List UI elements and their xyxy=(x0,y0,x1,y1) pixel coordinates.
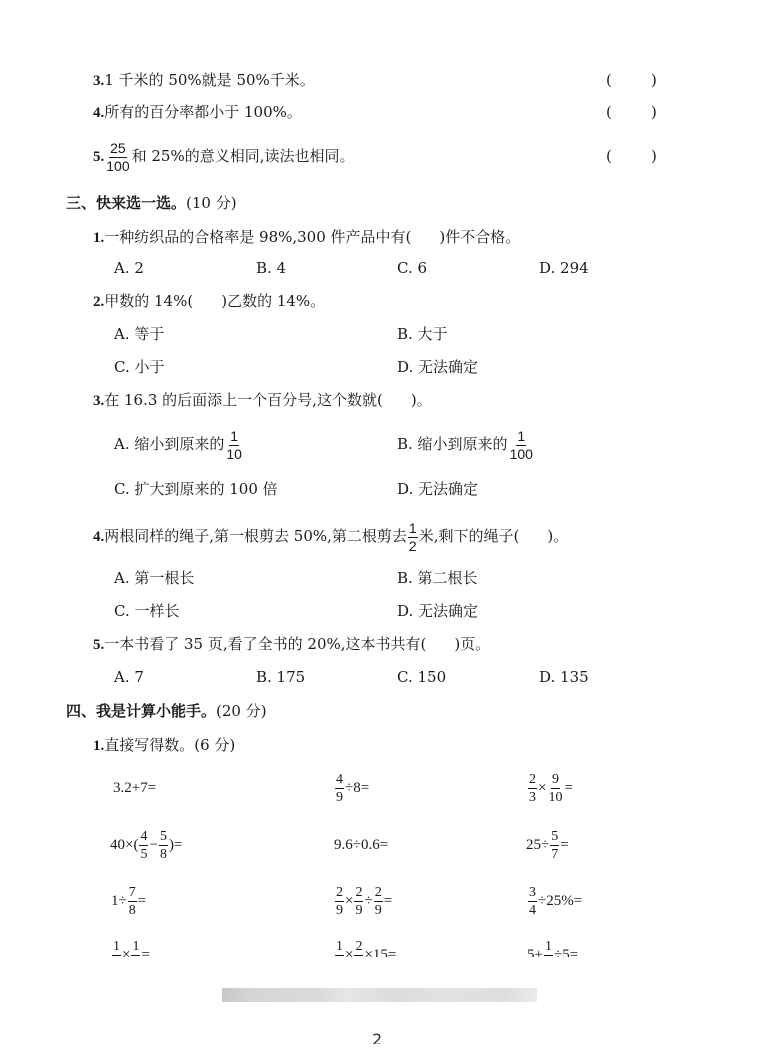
option-a: A. 2 xyxy=(114,258,144,278)
calc-item: 49÷8= xyxy=(334,768,369,808)
answer-paren-close: ) xyxy=(651,70,657,90)
option-a: A. 等于 xyxy=(114,324,164,344)
option-d: D. 无法确定 xyxy=(397,601,478,621)
calc-row-clipped: 1 ×1 = 1 ×2 ×15= 5+1 ÷5= xyxy=(0,930,758,957)
calc-item: 5+1 ÷5= xyxy=(527,935,578,957)
page-number: 2 xyxy=(372,1030,382,1044)
mc-question-2: 2.甲数的 14%()乙数的 14%。 xyxy=(93,291,325,312)
item-text: 1 千米的 50%就是 50%千米。 xyxy=(104,71,315,89)
tf-item-4: 4.所有的百分率都小于 100%。 xyxy=(93,102,302,123)
calc-item: 23×910= xyxy=(527,768,573,808)
option-c: C. 一样长 xyxy=(114,601,179,621)
answer-paren-open: ( xyxy=(606,146,612,166)
mc-question-4: 4.两根同样的绳子,第一根剪去 50%,第二根剪去12米,剩下的绳子()。 xyxy=(93,516,568,557)
option-d: D. 无法确定 xyxy=(397,479,478,499)
option-c: C. 小于 xyxy=(114,357,164,377)
tf-item-3: 3.1 千米的 50%就是 50%千米。 xyxy=(93,70,315,91)
answer-paren-open: ( xyxy=(606,70,612,90)
fraction: 110 xyxy=(225,429,243,462)
blurred-watermark xyxy=(222,988,537,1002)
item-text: 和 25%的意义相同,读法也相同。 xyxy=(132,147,355,165)
item-text: 所有的百分率都小于 100%。 xyxy=(104,103,302,121)
calc-item: 25÷57= xyxy=(526,825,569,865)
sub-question-1: 1.直接写得数。(6 分) xyxy=(93,735,235,756)
calc-item: 29×29÷29= xyxy=(334,881,392,921)
fraction: 25100 xyxy=(105,141,130,174)
answer-paren-open: ( xyxy=(606,102,612,122)
calc-item: 9.6÷0.6= xyxy=(334,835,388,855)
option-b: B. 第二根长 xyxy=(397,568,478,588)
option-c: C. 扩大到原来的 100 倍 xyxy=(114,479,278,499)
item-number: 4. xyxy=(93,105,104,121)
section-heading-3: 三、快来选一选。(10 分) xyxy=(66,193,237,213)
option-a: A. 第一根长 xyxy=(114,568,194,588)
mc-question-3: 3.在 16.3 的后面添上一个百分号,这个数就()。 xyxy=(93,390,432,411)
option-d: D. 294 xyxy=(539,258,589,278)
answer-paren-close: ) xyxy=(651,146,657,166)
calc-item: 3.2+7= xyxy=(113,778,156,798)
mc-question-1: 1.一种纺织品的合格率是 98%,300 件产品中有()件不合格。 xyxy=(93,227,520,248)
section-heading-4: 四、我是计算小能手。(20 分) xyxy=(66,701,267,721)
option-b: B. 175 xyxy=(256,667,305,687)
option-c: C. 150 xyxy=(397,667,446,687)
answer-paren-close: ) xyxy=(651,102,657,122)
item-number: 5. xyxy=(93,149,104,165)
option-c: C. 6 xyxy=(397,258,427,278)
tf-item-5: 5.25100和 25%的意义相同,读法也相同。 xyxy=(93,136,355,177)
calc-item: 34÷25%= xyxy=(527,881,582,921)
option-d: D. 无法确定 xyxy=(397,357,478,377)
item-number: 3. xyxy=(93,73,104,89)
fraction: 1100 xyxy=(509,429,534,462)
calc-item: 40×(45−58)= xyxy=(110,825,182,865)
option-d: D. 135 xyxy=(539,667,589,687)
option-b: B. 4 xyxy=(256,258,286,278)
calc-item: 1 ×1 = xyxy=(111,935,150,957)
option-a: A. 缩小到原来的110 xyxy=(114,424,244,464)
option-a: A. 7 xyxy=(114,667,144,687)
option-b: B. 大于 xyxy=(397,324,448,344)
calc-item: 1÷78= xyxy=(111,881,146,921)
mc-question-5: 5.一本书看了 35 页,看了全书的 20%,这本书共有()页。 xyxy=(93,634,490,655)
worksheet-page: 3.1 千米的 50%就是 50%千米。 ( ) 4.所有的百分率都小于 100… xyxy=(0,0,758,1054)
option-b: B. 缩小到原来的1100 xyxy=(397,424,535,464)
fraction: 12 xyxy=(408,521,418,554)
calc-item: 1 ×2 ×15= xyxy=(334,935,396,957)
